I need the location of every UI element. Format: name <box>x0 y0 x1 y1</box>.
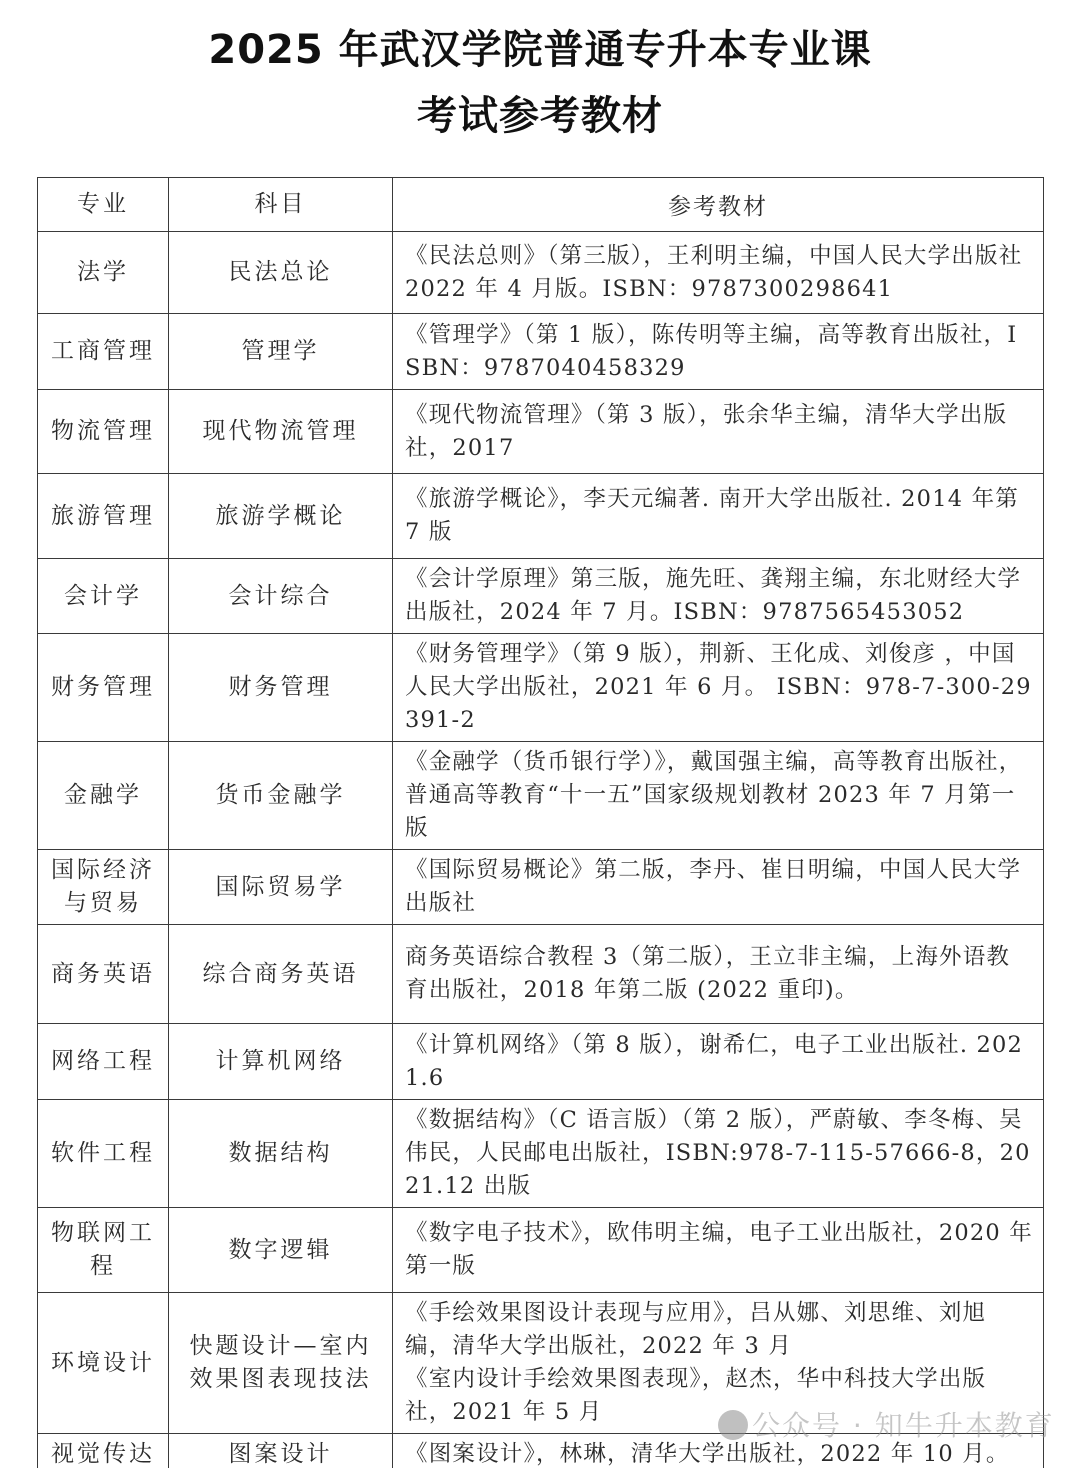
table-row: 商务英语综合商务英语商务英语综合教程 3（第二版），王立非主编，上海外语教育出版… <box>38 925 1044 1024</box>
cell-subject: 旅游学概论 <box>169 474 393 559</box>
textbook-table: 专业 科目 参考教材 法学民法总论《民法总则》（第三版），王利明主编，中国人民大… <box>37 177 1044 1468</box>
header-reference: 参考教材 <box>393 178 1044 232</box>
header-major: 专业 <box>38 178 169 232</box>
document-title-line1: 2025 年武汉学院普通专升本专业课 <box>0 18 1080 75</box>
table-row: 环境设计快题设计—室内效果图表现技法《手绘效果图设计表现与应用》，吕从娜、刘思维… <box>38 1293 1044 1434</box>
table-body: 法学民法总论《民法总则》（第三版），王利明主编，中国人民大学出版社 2022 年… <box>38 232 1044 1468</box>
cell-reference: 《计算机网络》（第 8 版），谢希仁，电子工业出版社. 2021.6 <box>393 1024 1044 1100</box>
cell-major: 工商管理 <box>38 314 169 390</box>
cell-subject: 现代物流管理 <box>169 390 393 474</box>
cell-major: 网络工程 <box>38 1024 169 1100</box>
cell-major: 视觉传达 <box>38 1434 169 1468</box>
cell-reference: 《旅游学概论》，李天元编著. 南开大学出版社. 2014 年第 7 版 <box>393 474 1044 559</box>
cell-subject: 财务管理 <box>169 634 393 742</box>
table-row: 会计学会计综合《会计学原理》第三版，施先旺、龚翔主编，东北财经大学出版社，202… <box>38 559 1044 634</box>
reference-text: 《手绘效果图设计表现与应用》，吕从娜、刘思维、刘旭编，清华大学出版社，2022 … <box>405 1297 1033 1363</box>
reference-text: 《计算机网络》（第 8 版），谢希仁，电子工业出版社. 2021.6 <box>405 1029 1033 1095</box>
reference-text: 《现代物流管理》（第 3 版），张余华主编，清华大学出版社，2017 <box>405 399 1033 465</box>
cell-reference: 《现代物流管理》（第 3 版），张余华主编，清华大学出版社，2017 <box>393 390 1044 474</box>
reference-text: 《金融学（货币银行学）》，戴国强主编，高等教育出版社，普通高等教育“十一五”国家… <box>405 746 1033 845</box>
cell-reference: 《民法总则》（第三版），王利明主编，中国人民大学出版社 2022 年 4 月版。… <box>393 232 1044 314</box>
cell-subject: 图案设计 <box>169 1434 393 1468</box>
cell-reference: 《会计学原理》第三版，施先旺、龚翔主编，东北财经大学出版社，2024 年 7 月… <box>393 559 1044 634</box>
reference-text: 《数据结构》（C 语言版）（第 2 版），严蔚敏、李冬梅、吴伟民，人民邮电出版社… <box>405 1104 1033 1203</box>
reference-text: 商务英语综合教程 3（第二版），王立非主编，上海外语教育出版社，2018 年第二… <box>405 941 1033 1007</box>
cell-major: 法学 <box>38 232 169 314</box>
cell-subject: 计算机网络 <box>169 1024 393 1100</box>
cell-major: 物联网工程 <box>38 1208 169 1293</box>
cell-reference: 《数字电子技术》，欧伟明主编，电子工业出版社，2020 年第一版 <box>393 1208 1044 1293</box>
cell-subject: 国际贸易学 <box>169 850 393 925</box>
cell-reference: 《数据结构》（C 语言版）（第 2 版），严蔚敏、李冬梅、吴伟民，人民邮电出版社… <box>393 1100 1044 1208</box>
table-row: 网络工程计算机网络《计算机网络》（第 8 版），谢希仁，电子工业出版社. 202… <box>38 1024 1044 1100</box>
cell-reference: 《金融学（货币银行学）》，戴国强主编，高等教育出版社，普通高等教育“十一五”国家… <box>393 742 1044 850</box>
table-row: 物联网工程数字逻辑《数字电子技术》，欧伟明主编，电子工业出版社，2020 年第一… <box>38 1208 1044 1293</box>
reference-text: 《国际贸易概论》第二版，李丹、崔日明编，中国人民大学出版社 <box>405 854 1033 920</box>
table-row: 财务管理财务管理《财务管理学》（第 9 版），荆新、王化成、刘俊彦 ，中国人民大… <box>38 634 1044 742</box>
reference-text: 《室内设计手绘效果图表现》，赵杰，华中科技大学出版社，2021 年 5 月 <box>405 1363 1033 1429</box>
reference-text: 《旅游学概论》，李天元编著. 南开大学出版社. 2014 年第 7 版 <box>405 483 1033 549</box>
cell-reference: 商务英语综合教程 3（第二版），王立非主编，上海外语教育出版社，2018 年第二… <box>393 925 1044 1024</box>
cell-major: 软件工程 <box>38 1100 169 1208</box>
cell-major: 商务英语 <box>38 925 169 1024</box>
cell-subject: 数据结构 <box>169 1100 393 1208</box>
cell-subject: 管理学 <box>169 314 393 390</box>
cell-subject: 数字逻辑 <box>169 1208 393 1293</box>
table-row: 国际经济与贸易国际贸易学《国际贸易概论》第二版，李丹、崔日明编，中国人民大学出版… <box>38 850 1044 925</box>
table-row: 金融学货币金融学《金融学（货币银行学）》，戴国强主编，高等教育出版社，普通高等教… <box>38 742 1044 850</box>
cell-major: 环境设计 <box>38 1293 169 1434</box>
cell-major: 旅游管理 <box>38 474 169 559</box>
cell-major: 金融学 <box>38 742 169 850</box>
table-row: 旅游管理旅游学概论《旅游学概论》，李天元编著. 南开大学出版社. 2014 年第… <box>38 474 1044 559</box>
cell-subject: 快题设计—室内效果图表现技法 <box>169 1293 393 1434</box>
cell-reference: 《财务管理学》（第 9 版），荆新、王化成、刘俊彦 ，中国人民大学出版社，202… <box>393 634 1044 742</box>
cell-reference: 《手绘效果图设计表现与应用》，吕从娜、刘思维、刘旭编，清华大学出版社，2022 … <box>393 1293 1044 1434</box>
cell-subject: 民法总论 <box>169 232 393 314</box>
cell-subject: 货币金融学 <box>169 742 393 850</box>
cell-major: 国际经济与贸易 <box>38 850 169 925</box>
table-row: 工商管理管理学《管理学》（第 1 版），陈传明等主编，高等教育出版社，ISBN：… <box>38 314 1044 390</box>
document-title-line2: 考试参考教材 <box>0 84 1080 141</box>
table-row: 物流管理现代物流管理《现代物流管理》（第 3 版），张余华主编，清华大学出版社，… <box>38 390 1044 474</box>
cell-reference: 《国际贸易概论》第二版，李丹、崔日明编，中国人民大学出版社 <box>393 850 1044 925</box>
header-subject: 科目 <box>169 178 393 232</box>
cell-subject: 综合商务英语 <box>169 925 393 1024</box>
cell-reference: 《管理学》（第 1 版），陈传明等主编，高等教育出版社，ISBN：9787040… <box>393 314 1044 390</box>
table-header-row: 专业 科目 参考教材 <box>38 178 1044 232</box>
table-row: 法学民法总论《民法总则》（第三版），王利明主编，中国人民大学出版社 2022 年… <box>38 232 1044 314</box>
reference-text: 《民法总则》（第三版），王利明主编，中国人民大学出版社 2022 年 4 月版。… <box>405 240 1033 306</box>
cell-reference: 《图案设计》，林琳，清华大学出版社，2022 年 10 月。 <box>393 1434 1044 1468</box>
cell-major: 财务管理 <box>38 634 169 742</box>
reference-text: 《会计学原理》第三版，施先旺、龚翔主编，东北财经大学出版社，2024 年 7 月… <box>405 563 1033 629</box>
reference-text: 《财务管理学》（第 9 版），荆新、王化成、刘俊彦 ，中国人民大学出版社，202… <box>405 638 1033 737</box>
reference-text: 《管理学》（第 1 版），陈传明等主编，高等教育出版社，ISBN：9787040… <box>405 319 1033 385</box>
cell-major: 物流管理 <box>38 390 169 474</box>
cell-subject: 会计综合 <box>169 559 393 634</box>
reference-text: 《数字电子技术》，欧伟明主编，电子工业出版社，2020 年第一版 <box>405 1217 1033 1283</box>
reference-text: 《图案设计》，林琳，清华大学出版社，2022 年 10 月。 <box>405 1438 1033 1468</box>
table-row: 视觉传达图案设计《图案设计》，林琳，清华大学出版社，2022 年 10 月。 <box>38 1434 1044 1468</box>
table-row: 软件工程数据结构《数据结构》（C 语言版）（第 2 版），严蔚敏、李冬梅、吴伟民… <box>38 1100 1044 1208</box>
cell-major: 会计学 <box>38 559 169 634</box>
